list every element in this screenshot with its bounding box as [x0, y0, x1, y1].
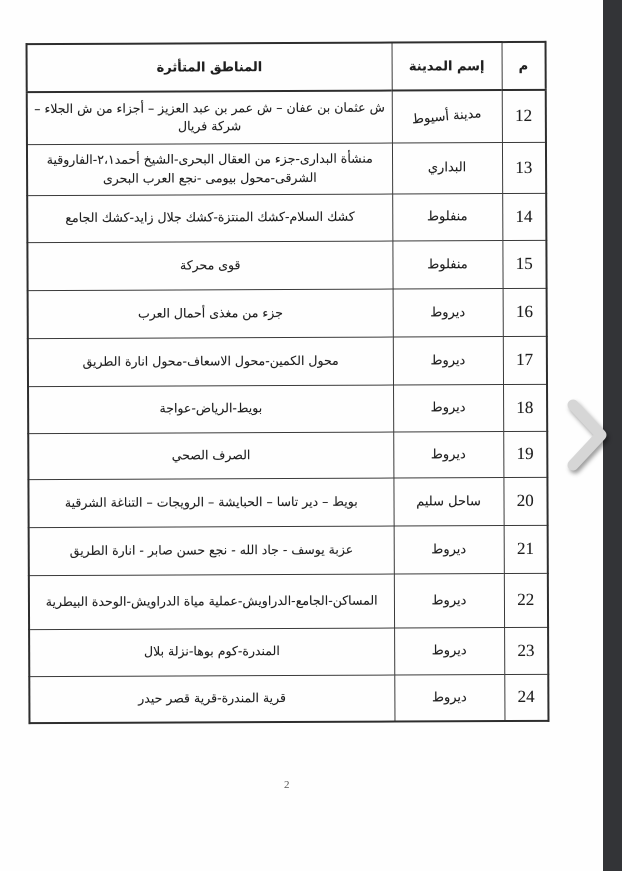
city-name: ديروط: [394, 627, 504, 674]
city-name: ديروط: [393, 384, 503, 431]
row-index: 15: [502, 240, 546, 288]
affected-areas: المندرة-كوم بوها-نزلة بلال: [29, 628, 394, 677]
chevron-right-icon: [565, 460, 613, 475]
affected-areas: الصرف الصحي: [28, 432, 393, 480]
affected-areas: بويط – دير تاسا – الحبايشة – الرويجات – …: [28, 478, 393, 528]
city-name: منفلوط: [392, 193, 502, 240]
table-row: 13 البداري منشأة البدارى-جزء من العقال ا…: [27, 142, 546, 195]
city-name-text: مدينة أسيوط: [411, 106, 482, 127]
table-row: 21 ديروط عزبة يوسف - جاد الله - نجع حسن …: [29, 525, 548, 575]
city-name: ديروط: [393, 288, 503, 336]
affected-areas: عزبة يوسف - جاد الله - نجع حسن صابر - ان…: [29, 526, 394, 576]
row-index: 24: [504, 674, 548, 721]
affected-areas: بويط-الرياض-عواجة: [28, 385, 393, 434]
affected-areas: منشأة البدارى-جزء من العقال البحرى-الشيخ…: [27, 143, 392, 196]
affected-areas: قرية المندرة-قرية قصر حيدر: [29, 675, 394, 724]
row-index: 18: [503, 384, 547, 431]
affected-areas: المساكن-الجامع-الدراويش-عملية مياة الدرا…: [29, 574, 394, 630]
table-row: 12 مدينة أسيوط ش عثمان بن عفان – ش عمر ب…: [27, 90, 546, 144]
row-index: 12: [502, 90, 546, 142]
row-index: 14: [502, 193, 546, 240]
city-name: ديروط: [394, 525, 504, 573]
row-index: 16: [503, 288, 547, 336]
table-row: 14 منفلوط كشك السلام-كشك المنتزة-كشك جلا…: [27, 193, 546, 242]
page-number: 2: [284, 779, 290, 791]
table-row: 19 ديروط الصرف الصحي: [28, 431, 547, 479]
affected-areas-table: م إسم المدينة المناطق المتأثرة 12 مدينة …: [26, 41, 550, 724]
city-name: ديروط: [393, 431, 503, 477]
table-row: 22 ديروط المساكن-الجامع-الدراويش-عملية م…: [29, 573, 548, 629]
document-page: م إسم المدينة المناطق المتأثرة 12 مدينة …: [0, 0, 603, 871]
city-name: ديروط: [394, 674, 504, 721]
city-name: ديروط: [393, 336, 503, 384]
city-name: ساحل سليم: [393, 477, 503, 525]
affected-areas: قوى محركة: [27, 241, 392, 291]
row-index: 23: [504, 627, 548, 674]
table-row: 16 ديروط جزء من مغذى أحمال العرب: [28, 288, 547, 338]
table-row: 15 منفلوط قوى محركة: [27, 240, 546, 290]
table-row: 23 ديروط المندرة-كوم بوها-نزلة بلال: [29, 627, 548, 676]
row-index: 21: [504, 525, 548, 573]
table-row: 18 ديروط بويط-الرياض-عواجة: [28, 384, 547, 433]
row-index: 19: [503, 431, 547, 477]
affected-areas: ش عثمان بن عفان – ش عمر بن عبد العزيز – …: [27, 91, 392, 145]
col-header-city: إسم المدينة: [392, 42, 502, 90]
row-index: 20: [503, 477, 547, 525]
city-name: مدينة أسيوط: [392, 90, 502, 142]
row-index: 17: [503, 336, 547, 384]
city-name: منفلوط: [392, 240, 502, 288]
row-index: 13: [502, 142, 546, 193]
table-row: 24 ديروط قرية المندرة-قرية قصر حيدر: [29, 674, 548, 723]
next-page-button[interactable]: [564, 398, 614, 474]
affected-areas: كشك السلام-كشك المنتزة-كشك جلال زايد-كشك…: [27, 194, 392, 243]
city-name: البداري: [392, 142, 502, 193]
city-name: ديروط: [394, 573, 504, 627]
affected-areas: جزء من مغذى أحمال العرب: [28, 289, 393, 339]
col-header-index: م: [502, 42, 546, 90]
table-row: 20 ساحل سليم بويط – دير تاسا – الحبايشة …: [28, 477, 547, 527]
col-header-areas: المناطق المتأثرة: [27, 43, 392, 93]
table-header-row: م إسم المدينة المناطق المتأثرة: [27, 42, 546, 92]
affected-areas: محول الكمين-محول الاسعاف-محول انارة الطر…: [28, 337, 393, 387]
row-index: 22: [504, 573, 548, 627]
table-row: 17 ديروط محول الكمين-محول الاسعاف-محول ا…: [28, 336, 547, 386]
affected-areas-table-grid: م إسم المدينة المناطق المتأثرة 12 مدينة …: [26, 41, 550, 724]
